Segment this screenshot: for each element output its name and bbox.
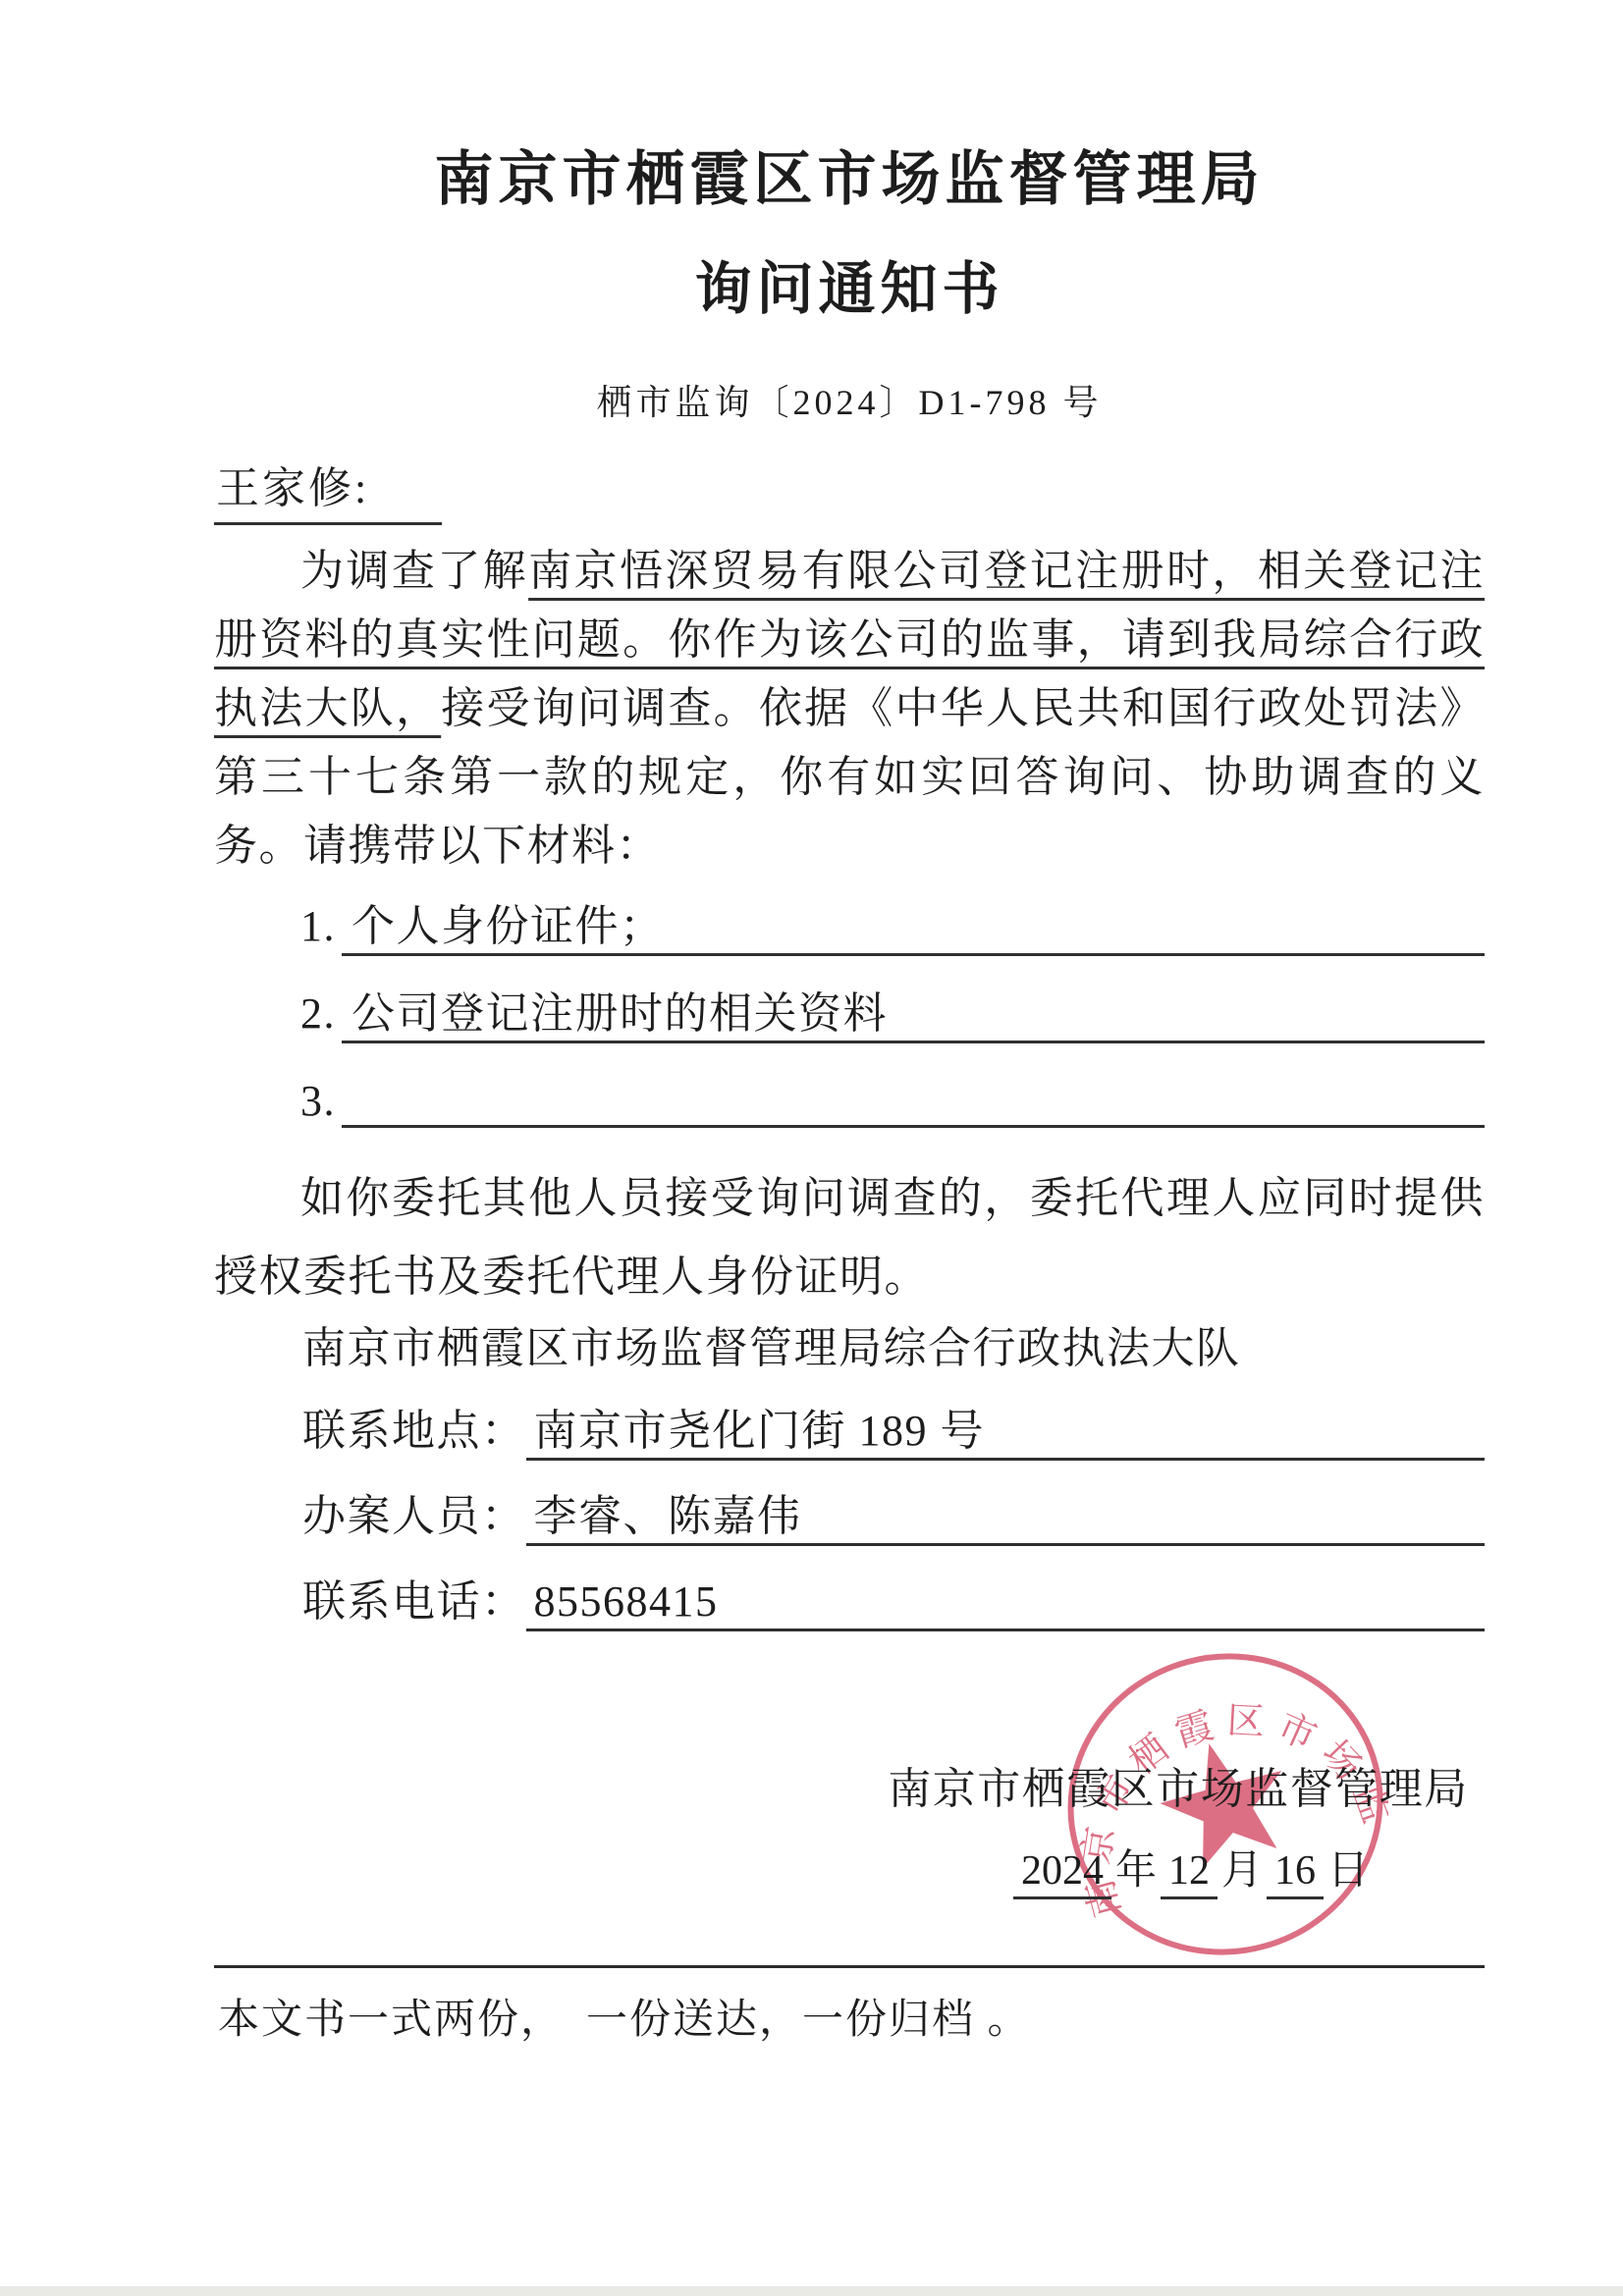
material-item-fill-in: 公司登记注册时的相关资料: [342, 988, 1485, 1043]
material-item-number: 2.: [300, 988, 342, 1043]
contact-row: 办案人员： 李睿、陈嘉伟: [302, 1490, 1485, 1546]
signature-date-line: 2024年12月16日: [992, 1838, 1394, 1899]
materials-list: 1. 个人身份证件； 2. 公司登记注册时的相关资料 3.: [214, 900, 1485, 1128]
date-year-unit: 年: [1111, 1838, 1161, 1896]
date-day-value: 16: [1267, 1847, 1324, 1899]
body-paragraph-2: 如你委托其他人员接受询问调查的，委托代理人应同时提供授权委托书及委托代理人身份证…: [214, 1159, 1485, 1316]
date-month-value: 12: [1161, 1847, 1217, 1899]
material-item-row: 3.: [300, 1075, 1485, 1128]
date-year-value: 2024: [1013, 1847, 1111, 1899]
scan-bottom-edge: [0, 2286, 1623, 2296]
document-body: 南京市栖霞区市场监督管理局 询问通知书 栖市监询〔2024〕D1-798 号 王…: [214, 0, 1485, 1661]
contact-block: 南京市栖霞区市场监督管理局综合行政执法大队 联系地点： 南京市尧化门街 189 …: [214, 1322, 1485, 1631]
signature-agency-name: 南京市栖霞区市场监督管理局: [874, 1753, 1483, 1816]
contact-rows: 联系地点： 南京市尧化门街 189 号 办案人员： 李睿、陈嘉伟 联系电话： 8…: [302, 1405, 1485, 1631]
contact-row: 联系地点： 南京市尧化门街 189 号: [302, 1405, 1485, 1461]
agency-title: 南京市栖霞区市场监督管理局: [214, 145, 1485, 214]
date-day-unit: 日: [1324, 1838, 1373, 1896]
paragraph-lead-text: 为调查了解: [300, 547, 528, 595]
addressee-name: 王家修:: [214, 461, 442, 525]
contact-value-fill-in: 85568415: [526, 1575, 1486, 1631]
enforcement-unit-line: 南京市栖霞区市场监督管理局综合行政执法大队: [302, 1322, 1485, 1375]
body-paragraph-1: 为调查了解南京悟深贸易有限公司登记注册时，相关登记注册资料的真实性问题。你作为该…: [214, 537, 1485, 881]
date-month-unit: 月: [1217, 1838, 1267, 1896]
contact-label: 联系地点：: [302, 1405, 526, 1461]
material-item-number: 3.: [300, 1075, 342, 1128]
addressee-line: 王家修:: [214, 461, 1485, 525]
document-page: 南京市栖霞区市场监督管理局 询问通知书 栖市监询〔2024〕D1-798 号 王…: [0, 0, 1623, 2296]
material-item-row: 1. 个人身份证件；: [300, 900, 1485, 956]
contact-label: 联系电话：: [302, 1575, 526, 1631]
footer-copies-note: 本文书一式两份， 一份送达，一份归档 。: [218, 1991, 1031, 2050]
contact-value-fill-in: 南京市尧化门街 189 号: [526, 1405, 1486, 1461]
material-item-number: 1.: [300, 900, 342, 956]
document-number: 栖市监询〔2024〕D1-798 号: [214, 379, 1485, 426]
footer-divider: [214, 1965, 1485, 1968]
material-item-row: 2. 公司登记注册时的相关资料: [300, 988, 1485, 1043]
material-item-fill-in: [342, 1075, 1485, 1128]
document-title: 询问通知书: [214, 255, 1485, 324]
contact-row: 联系电话： 85568415: [302, 1575, 1485, 1631]
material-item-fill-in: 个人身份证件；: [342, 900, 1485, 956]
contact-value-fill-in: 李睿、陈嘉伟: [526, 1490, 1486, 1546]
contact-label: 办案人员：: [302, 1490, 526, 1546]
